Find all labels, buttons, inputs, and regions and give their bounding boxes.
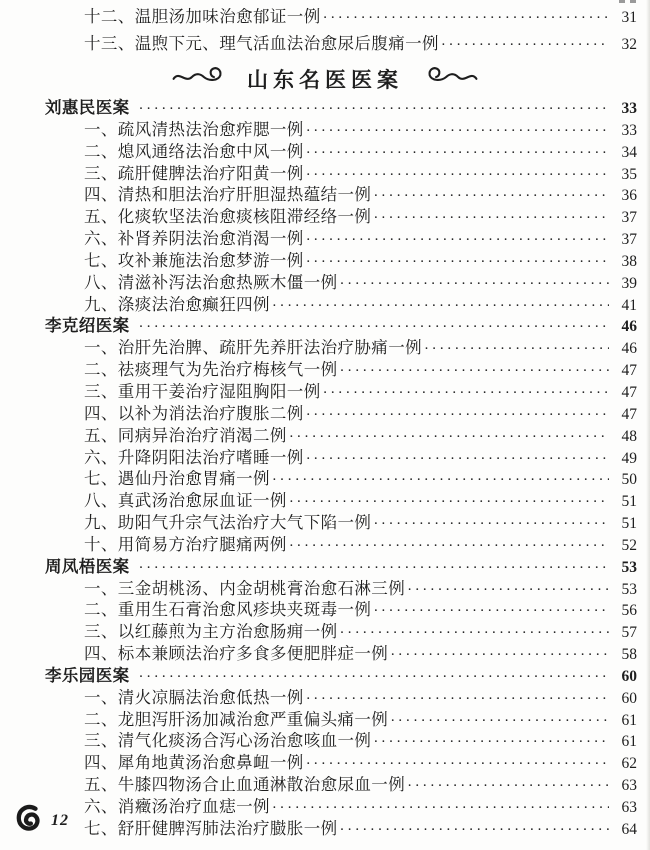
dot-leader — [306, 449, 609, 470]
dot-leader — [139, 317, 610, 338]
chapter-page: 33 — [613, 99, 637, 120]
chapter-page: 60 — [613, 667, 637, 688]
entry-page: 37 — [613, 208, 637, 229]
entry-page: 35 — [613, 165, 637, 186]
entry-page: 58 — [613, 645, 637, 666]
entry-page: 50 — [613, 470, 637, 491]
dot-leader — [289, 492, 609, 513]
toc-entry: 四、标本兼顾法治疗多食多便肥胖症一例58 — [0, 644, 650, 666]
entry-page: 49 — [613, 449, 637, 470]
entry-page: 60 — [613, 689, 637, 710]
dot-leader — [272, 798, 609, 819]
dot-leader — [289, 536, 609, 557]
entry-page: 63 — [613, 798, 637, 819]
entry-title: 十、用简易方治疗腿痛两例 — [84, 535, 287, 556]
dot-leader — [289, 427, 609, 448]
toc-page: 十二、温胆汤加味治愈郁证一例31 十三、温煦下元、理气活血法治愈尿后腹痛一例32… — [0, 0, 650, 850]
chapter-row: 李克绍医案46 — [0, 316, 650, 338]
toc-entry: 一、三金胡桃汤、内金胡桃膏治愈石淋三例53 — [0, 579, 650, 601]
dot-leader — [407, 776, 609, 797]
entry-title: 二、重用生石膏治愈风疹块夹斑毒一例 — [84, 600, 371, 621]
entry-title: 三、清气化痰汤合泻心汤治愈咳血一例 — [84, 731, 371, 752]
entry-page: 47 — [613, 383, 637, 404]
chapter-page: 46 — [613, 317, 637, 338]
toc-entry: 三、以红藤煎为主方治愈肠痈一例57 — [0, 622, 650, 644]
dot-leader — [390, 645, 609, 666]
toc-entry: 一、疏风清热法治愈痄腮一例33 — [0, 120, 650, 142]
scan-edge-shadow — [646, 0, 650, 850]
toc-entry: 五、同病异治治疗消渴二例48 — [0, 426, 650, 448]
entry-page: 36 — [613, 186, 637, 207]
entry-page: 53 — [613, 580, 637, 601]
spiral-ornament-icon — [16, 804, 42, 837]
entry-title: 三、重用干姜治疗湿阻胸阳一例 — [84, 382, 321, 403]
entry-page: 47 — [613, 361, 637, 382]
swirl-flourish-right-icon — [417, 66, 479, 93]
toc-continued-list: 十二、温胆汤加味治愈郁证一例31 十三、温煦下元、理气活血法治愈尿后腹痛一例32 — [0, 0, 650, 58]
entry-page: 48 — [613, 427, 637, 448]
entry-title: 六、补肾养阴法治愈消渴一例 — [84, 229, 304, 250]
toc-entry: 八、真武汤治愈尿血证一例51 — [0, 491, 650, 513]
toc-entry: 四、以补为消法治疗腹胀二例47 — [0, 404, 650, 426]
toc-entry: 四、犀角地黄汤治愈鼻衄一例62 — [0, 753, 650, 775]
entry-title: 五、同病异治治疗消渴二例 — [84, 426, 287, 447]
entry-page: 47 — [613, 405, 637, 426]
entry-page: 37 — [613, 230, 637, 251]
toc-entry: 八、清滋补泻法治愈热厥木僵一例39 — [0, 273, 650, 295]
chapter-title: 周凤梧医案 — [45, 557, 130, 578]
toc-entry: 三、重用干姜治疗湿阻胸阳一例47 — [0, 382, 650, 404]
entry-title: 八、真武汤治愈尿血证一例 — [84, 491, 287, 512]
dot-leader — [306, 689, 609, 710]
entry-title: 四、以补为消法治疗腹胀二例 — [84, 404, 304, 425]
entry-title: 一、清火凉膈法治愈低热一例 — [84, 688, 304, 709]
entry-page: 32 — [613, 32, 637, 57]
entry-title: 六、升降阴阳法治疗嗜睡一例 — [84, 448, 304, 469]
entry-page: 61 — [613, 711, 637, 732]
dot-leader — [306, 165, 609, 186]
toc-main-list: 刘惠民医案33 一、疏风清热法治愈痄腮一例33 二、熄风通络法治愈中风一例34 … — [0, 98, 650, 841]
dot-leader — [272, 470, 609, 491]
entry-page: 64 — [613, 820, 637, 841]
chapter-title: 李克绍医案 — [45, 316, 130, 337]
dot-leader — [340, 623, 610, 644]
toc-entry: 一、治肝先治脾、疏肝先养肝法治疗胁痛一例46 — [0, 338, 650, 360]
toc-entry: 十三、温煦下元、理气活血法治愈尿后腹痛一例32 — [0, 31, 650, 58]
section-header: 山东名医医案 — [0, 62, 650, 96]
dot-leader — [139, 667, 610, 688]
entry-page: 33 — [613, 121, 637, 142]
dot-leader — [306, 230, 609, 251]
entry-page: 51 — [613, 492, 637, 513]
dot-leader — [306, 121, 609, 142]
dot-leader — [373, 514, 609, 535]
dot-leader — [407, 580, 609, 601]
dot-leader — [139, 99, 610, 120]
entry-title: 九、助阳气升宗气法治疗大气下陷一例 — [84, 513, 371, 534]
entry-title: 七、舒肝健脾泻肺法治疗臌胀一例 — [84, 819, 338, 840]
toc-entry: 二、祛痰理气为先治疗梅核气一例47 — [0, 360, 650, 382]
clipped-previous-line-artifact — [619, 0, 636, 3]
dot-leader — [306, 754, 609, 775]
entry-page: 63 — [613, 776, 637, 797]
entry-page: 41 — [613, 296, 637, 317]
entry-page: 34 — [613, 143, 637, 164]
chapter-title: 刘惠民医案 — [45, 98, 130, 119]
entry-title: 四、犀角地黄汤治愈鼻衄一例 — [84, 753, 304, 774]
entry-title: 六、消癥汤治疗血痣一例 — [84, 797, 270, 818]
toc-entry: 九、助阳气升宗气法治疗大气下陷一例51 — [0, 513, 650, 535]
entry-page: 38 — [613, 252, 637, 273]
dot-leader — [323, 383, 609, 404]
entry-title: 三、以红藤煎为主方治愈肠痈一例 — [84, 622, 338, 643]
entry-title: 十三、温煦下元、理气活血法治愈尿后腹痛一例 — [84, 31, 439, 56]
toc-entry: 六、升降阴阳法治疗嗜睡一例49 — [0, 448, 650, 470]
entry-title: 五、牛膝四物汤合止血通淋散治愈尿血一例 — [84, 775, 405, 796]
entry-title: 二、祛痰理气为先治疗梅核气一例 — [84, 360, 338, 381]
toc-entry: 七、遇仙丹治愈胃痛一例50 — [0, 469, 650, 491]
toc-entry: 七、舒肝健脾泻肺法治疗臌胀一例64 — [0, 819, 650, 841]
entry-page: 62 — [613, 754, 637, 775]
dot-leader — [272, 296, 609, 317]
folio-page-number: 12 — [51, 812, 69, 830]
entry-title: 二、熄风通络法治愈中风一例 — [84, 142, 304, 163]
toc-entry: 一、清火凉膈法治愈低热一例60 — [0, 688, 650, 710]
dot-leader — [306, 252, 609, 273]
dot-leader — [306, 405, 609, 426]
toc-entry: 六、消癥汤治疗血痣一例63 — [0, 797, 650, 819]
entry-page: 52 — [613, 536, 637, 557]
toc-entry: 五、牛膝四物汤合止血通淋散治愈尿血一例63 — [0, 775, 650, 797]
section-title: 山东名医医案 — [247, 64, 403, 94]
entry-page: 61 — [613, 732, 637, 753]
entry-page: 31 — [613, 5, 637, 30]
toc-entry: 五、化痰软坚法治愈痰核阻滞经络一例37 — [0, 207, 650, 229]
toc-entry: 三、清气化痰汤合泻心汤治愈咳血一例61 — [0, 731, 650, 753]
entry-title: 一、疏风清热法治愈痄腮一例 — [84, 120, 304, 141]
entry-title: 五、化痰软坚法治愈痰核阻滞经络一例 — [84, 207, 371, 228]
toc-entry: 十、用简易方治疗腿痛两例52 — [0, 535, 650, 557]
chapter-page: 53 — [613, 558, 637, 579]
entry-page: 46 — [613, 339, 637, 360]
toc-entry: 三、疏肝健脾法治疗阳黄一例35 — [0, 164, 650, 186]
toc-entry: 七、攻补兼施法治愈梦游一例38 — [0, 251, 650, 273]
chapter-row: 李乐园医案60 — [0, 666, 650, 688]
entry-title: 七、攻补兼施法治愈梦游一例 — [84, 251, 304, 272]
dot-leader — [373, 208, 609, 229]
entry-page: 39 — [613, 274, 637, 295]
page-footer: 12 — [16, 804, 69, 837]
entry-title: 七、遇仙丹治愈胃痛一例 — [84, 469, 270, 490]
entry-title: 十二、温胆汤加味治愈郁证一例 — [84, 4, 321, 29]
entry-title: 四、清热和胆法治疗肝胆湿热蕴结一例 — [84, 185, 371, 206]
chapter-title: 李乐园医案 — [45, 666, 130, 687]
toc-entry: 四、清热和胆法治疗肝胆湿热蕴结一例36 — [0, 185, 650, 207]
toc-entry: 九、涤痰法治愈癫狂四例41 — [0, 295, 650, 317]
entry-page: 57 — [613, 623, 637, 644]
toc-entry: 二、重用生石膏治愈风疹块夹斑毒一例56 — [0, 600, 650, 622]
entry-title: 三、疏肝健脾法治疗阳黄一例 — [84, 164, 304, 185]
entry-page: 51 — [613, 514, 637, 535]
toc-entry: 十二、温胆汤加味治愈郁证一例31 — [0, 4, 650, 31]
dot-leader — [441, 33, 609, 58]
swirl-flourish-left-icon — [171, 66, 233, 93]
dot-leader — [424, 339, 609, 360]
dot-leader — [323, 6, 609, 31]
dot-leader — [340, 820, 610, 841]
chapter-row: 刘惠民医案33 — [0, 98, 650, 120]
dot-leader — [139, 558, 610, 579]
entry-title: 九、涤痰法治愈癫狂四例 — [84, 295, 270, 316]
dot-leader — [373, 732, 609, 753]
entry-title: 二、龙胆泻肝汤加减治愈严重偏头痛一例 — [84, 710, 388, 731]
dot-leader — [373, 186, 609, 207]
toc-entry: 六、补肾养阴法治愈消渴一例37 — [0, 229, 650, 251]
chapter-row: 周凤梧医案53 — [0, 557, 650, 579]
entry-title: 一、三金胡桃汤、内金胡桃膏治愈石淋三例 — [84, 579, 405, 600]
entry-page: 56 — [613, 601, 637, 622]
dot-leader — [306, 143, 609, 164]
entry-title: 八、清滋补泻法治愈热厥木僵一例 — [84, 273, 338, 294]
dot-leader — [373, 601, 609, 622]
entry-title: 一、治肝先治脾、疏肝先养肝法治疗胁痛一例 — [84, 338, 422, 359]
dot-leader — [390, 711, 609, 732]
entry-title: 四、标本兼顾法治疗多食多便肥胖症一例 — [84, 644, 388, 665]
toc-entry: 二、熄风通络法治愈中风一例34 — [0, 142, 650, 164]
dot-leader — [340, 361, 610, 382]
toc-entry: 二、龙胆泻肝汤加减治愈严重偏头痛一例61 — [0, 710, 650, 732]
dot-leader — [340, 274, 610, 295]
